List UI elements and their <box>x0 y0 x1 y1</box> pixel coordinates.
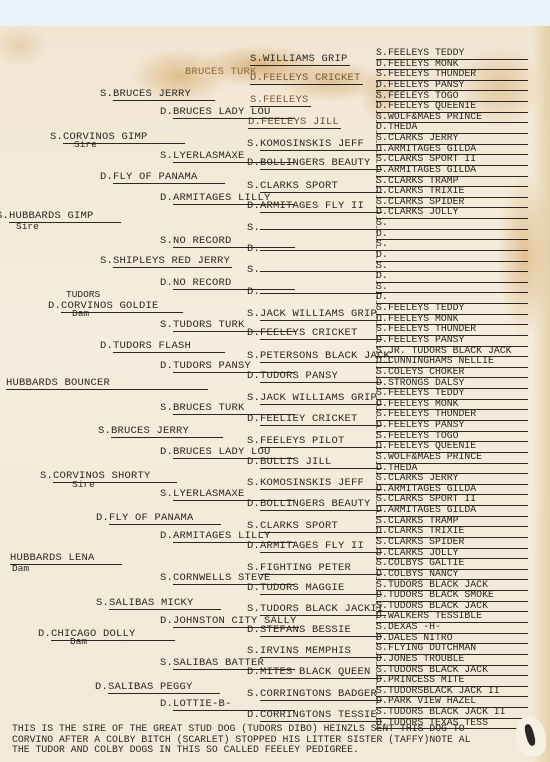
gen5-name: CLARKS JOLLY <box>388 206 459 217</box>
gen5-name: TUDORS BLACK JACK <box>388 600 488 611</box>
gen5-name: WALKERS TESSIBLE <box>388 610 482 621</box>
dog2-gen2-0: S.BRUCES JERRY <box>98 425 223 438</box>
dog2-gen4-2: S.FEELEYS PILOT <box>247 435 382 448</box>
dog3-gen4-1: D.TUDORS MAGGIE <box>247 582 382 595</box>
gen5-name: TUDORS BLACK SMOKE <box>388 589 494 600</box>
gen3-stained-top: BRUCES TURK <box>185 66 257 78</box>
gen4-stained-2: D.FEELEYS CRICKET <box>250 72 363 85</box>
gen5-name: ARMITAGES GILDA <box>388 164 476 175</box>
dog1-dam: D.CORVINOS GOLDIE <box>48 300 183 313</box>
gen5-name: FEELEYS MONK <box>388 398 459 409</box>
gen5-name: TUDORS BLACK JACK <box>388 579 488 590</box>
gen5-name: FEELEYS TEDDY <box>388 47 464 58</box>
gen5-name: FEELEYS TOGO <box>388 90 459 101</box>
gen5-name: CLARKS JERRY <box>388 472 459 483</box>
gen5-name: CLARKS JERRY <box>388 132 459 143</box>
gen5-name: THEDA <box>388 462 417 473</box>
gen5-name: FLYING DUTCHMAN <box>388 642 476 653</box>
gen5-name: CLARKS TRAMP <box>388 175 459 186</box>
gen5-name: FEELEYS THUNDER <box>388 323 476 334</box>
gen5-name: FEELEYS TEDDY <box>388 302 464 313</box>
gen5-prefix: D. <box>376 569 388 580</box>
dog1-gen4-4: S.KOMOSINSKIS JEFF <box>247 138 382 151</box>
gen5-name: WOLF&MAES PRINCE <box>388 451 482 462</box>
gen5-name: COLEYS CHOKER <box>388 366 464 377</box>
dog1-sire-label: Sire <box>74 140 97 150</box>
gen5-name: FEELEYS PANSY <box>388 419 464 430</box>
gen5-prefix: D. <box>376 165 388 176</box>
dog3-dam-label: Dam <box>70 637 87 647</box>
gen5-prefix: D. <box>376 654 388 665</box>
dog3-gen4-6: S.CORRINGTONS BADGER <box>247 688 382 701</box>
gen5-name: ARMITAGES GILDA <box>388 483 476 494</box>
dog1-gen4-13: D.FEELEYS CRICKET <box>247 327 382 340</box>
dog1-gen2-2: S.SHIPLEYS RED JERRY <box>100 255 232 268</box>
dog1-gen2-1: D.FLY OF PANAMA <box>100 171 225 184</box>
dog1-gen4-10: S. <box>247 264 382 276</box>
gen5-name: PARK VIEW HAZEL <box>388 695 476 706</box>
gen5-name: ARMITAGES GILDA <box>388 143 476 154</box>
dog1-gen3-1: D.BRUCES LADY LOU <box>160 106 295 119</box>
gen5-prefix: S. <box>376 452 388 463</box>
dog2-gen2-1: D.FLY OF PANAMA <box>96 512 221 525</box>
gen5-name: ARMITAGES GILDA <box>388 504 476 515</box>
gen5-prefix: D. <box>376 335 388 346</box>
gen5-prefix: S. <box>376 48 388 59</box>
gen5-name: CLARKS JOLLY <box>388 547 459 558</box>
dog3-gen4-3: D.STEFANS BESSIE <box>247 624 382 637</box>
gen5-name: PRINCESS MITE <box>388 674 464 685</box>
dog1-gen4-11: D. <box>247 286 382 298</box>
gen5-name: FEELEYS THUNDER <box>388 408 476 419</box>
dog1-gen4-15: D.TUDORS PANSY <box>247 370 382 383</box>
gen5-name: TUDORS BLACK JACK <box>388 664 488 675</box>
dog3-gen4-0: S.FIGHTING PETER <box>247 562 382 575</box>
gen5-name: FEELEYS TEDDY <box>388 387 464 398</box>
dog3-gen2-0: S.SALIBAS MICKY <box>96 597 221 610</box>
dog2-gen4-4: S.KOMOSINSKIS JEFF <box>247 477 382 490</box>
dog1-gen4-6: S.CLARKS SPORT <box>247 180 382 193</box>
gen5-prefix: S. <box>376 537 388 548</box>
dog3-gen4-7: D.CORRINGTONS TESSIE <box>247 709 382 722</box>
gen5-name: CLARKS TRAMP <box>388 515 459 526</box>
gen5-name: FEELEYS PANSY <box>388 79 464 90</box>
gen5-name: FEELEYS MONK <box>388 58 459 69</box>
dog3-label: Dam <box>12 564 29 574</box>
dog3-dam: D.CHICAGO DOLLY <box>38 628 175 641</box>
dog3-gen4-2: S.TUDORS BLACK JACKII <box>247 603 386 616</box>
dog1-gen4-12: S.JACK WILLIAMS GRIP <box>247 308 382 321</box>
gen5-name: STRONGS DALSY <box>388 377 464 388</box>
gen5-prefix: D. <box>376 80 388 91</box>
gen5-prefix: D. <box>376 250 388 261</box>
dog2-name: HUBBARDS BOUNCER <box>6 377 208 390</box>
gen5-name: JONES TROUBLE <box>388 653 464 664</box>
dog1-gen4-14: S.PETERSONS BLACK JACK <box>247 350 392 363</box>
dog2-gen4-7: D.ARMITAGES FLY II <box>247 540 382 553</box>
dog2-sire-label: Sire <box>72 480 95 490</box>
gen5-name: CLARKS TRIXIE <box>388 185 464 196</box>
gen5-name: CLARKS SPORT II <box>388 153 476 164</box>
gen5-name: FEELEYS QUEENIE <box>388 100 476 111</box>
gen4-stained-1: S.WILLIAMS GRIP <box>250 53 350 66</box>
dog1-gen2-3: D.TUDORS FLASH <box>100 340 225 353</box>
gen5-name: TUDORS BLACK JACK II <box>388 706 506 717</box>
gen5-name: WOLF&MAES PRINCE <box>388 111 482 122</box>
dog1-dam-prefix-text: TUDORS <box>66 290 100 300</box>
dog1-gen4-9: D. <box>247 243 382 255</box>
gen5-name: FEELEYS THUNDER <box>388 68 476 79</box>
gen5-name: JR. TUDORS BLACK JACK <box>388 345 511 356</box>
gen5-name: CLARKS SPIDER <box>388 196 464 207</box>
dog3-gen4-4: S.IRVINS MEMPHIS <box>247 645 382 658</box>
dog1-gen4-8: S. <box>247 222 382 234</box>
gen5-name: TUDORSBLACK JACK II <box>388 685 500 696</box>
dog2-gen4-0: S.JACK WILLIAMS GRIP <box>247 392 382 405</box>
gen5-name: FEELEYS TOGO <box>388 430 459 441</box>
dog2-gen4-5: D.BOLLINGERS BEAUTY <box>247 498 382 511</box>
dog2-sire: S.CORVINOS SHORTY <box>40 470 177 483</box>
dog3-gen2-1: D.SALIBAS PEGGY <box>95 681 220 694</box>
dog2-gen4-6: S.CLARKS SPORT <box>247 520 382 533</box>
dog1-gen2-0: S.BRUCES JERRY <box>100 88 215 101</box>
dog1-dam-label: Dam <box>72 309 89 319</box>
gen5-name: CLARKS TRIXIE <box>388 525 464 536</box>
gen5-name: COLBYS NANCY <box>388 568 459 579</box>
gen5-name: CLARKS SPIDER <box>388 536 464 547</box>
gen5-prefix: S. <box>376 367 388 378</box>
gen5-name: DEXAS -H- <box>388 621 441 632</box>
dog3-gen4-5: D.MITES BLACK QUEEN <box>247 666 382 679</box>
dog1-label: Sire <box>16 222 39 232</box>
dog2-gen4-3: D.BULLIS JILL <box>247 456 382 469</box>
dog1-gen4-7: D.ARMITAGES FLY II <box>247 200 382 213</box>
gen5-name: FEELEYS QUEENIE <box>388 440 476 451</box>
gen5-name: THEDA <box>388 121 417 132</box>
gen5-name: COLBYS GALTIE <box>388 557 464 568</box>
dog2-gen4-1: D.FEELIEY CRICKET <box>247 413 382 426</box>
gen5-name: FEELEYS MONK <box>388 313 459 324</box>
gen5-name: CUNNINGHAMS NELLIE <box>388 355 494 366</box>
gen5-name: CLARKS SPORT II <box>388 493 476 504</box>
dog1-gen4-5: D.BOLLINGERS BEAUTY <box>247 157 382 170</box>
gen5-name: DALES NITRO <box>388 632 453 643</box>
gen5-name: FEELEYS PANSY <box>388 334 464 345</box>
dog1-sire: S.CORVINOS GIMP <box>50 131 185 144</box>
footnote: THIS IS THE SIRE OF THE GREAT STUD DOG (… <box>12 724 482 756</box>
